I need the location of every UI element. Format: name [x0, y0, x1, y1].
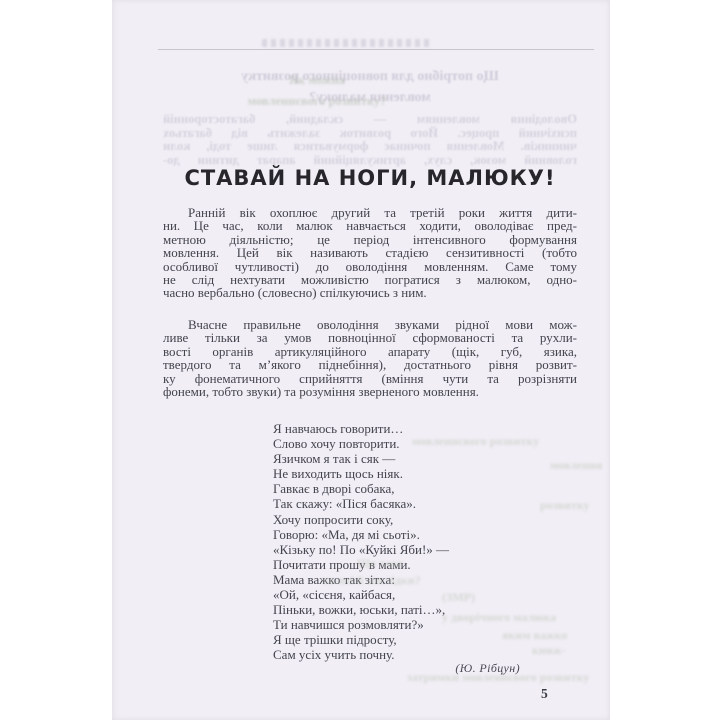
bleedthrough-paragraph: Оволодіння мовленням — складний, багатос…	[163, 113, 577, 167]
poem-line: Піньки, вожки, юськи, паті…»,	[273, 602, 449, 617]
bleedthrough-fragment: книж-	[532, 643, 565, 658]
bleedthrough-line: Як можна	[217, 70, 417, 91]
paragraph-line: ку фонематичного сприйняття (вміння чути…	[163, 372, 577, 385]
poem-line: Так скажу: «Піся басяка».	[273, 496, 449, 511]
paragraph-line: вості органів артикуляційного апарату (щ…	[163, 345, 577, 358]
paragraph-line: фонеми, тобто звуки) та розуміння зверне…	[163, 385, 577, 398]
paragraph-line: Ранній вік охоплює другий та третій роки…	[163, 206, 577, 219]
poem-line: Гавкає в дворі собака,	[273, 481, 449, 496]
page-number: 5	[541, 686, 548, 702]
chapter-title: СТАВАЙ НА НОГИ, МАЛЮКУ!	[163, 166, 577, 190]
bleedthrough-fragment: (ЗМР)	[442, 590, 475, 605]
poem-line: Говорю: «Ма, дя мі сьоті».	[273, 527, 449, 542]
poem-line: Язичком я так і сяк —	[273, 451, 449, 466]
poem-line: Я навчаюсь говорити…	[273, 421, 449, 436]
poem-line: Ти навчишся розмовляти?»	[273, 617, 449, 632]
paragraph-line: твердого та м’якого піднебіння), достатн…	[163, 358, 577, 371]
bleedthrough-fragment: Що таке	[357, 556, 403, 571]
poem-line: «Кізьку по! По «Куйкі Яби!» —	[273, 542, 449, 557]
bleedthrough-fragment: розвитку	[540, 498, 590, 513]
paragraph-line: Вчасне правильне оволодіння звуками рідн…	[163, 318, 577, 331]
bleedthrough-line: чинників. Мовлення починає формуватися л…	[163, 140, 577, 154]
paragraph-line: ни. Це час, коли малюк навчається ходити…	[163, 219, 577, 232]
paragraph-line: часно вербально (словесно) спілкуючись з…	[163, 286, 577, 299]
paragraph-line: мовлення. Цей вік називають стадією сенз…	[163, 246, 577, 259]
bleedthrough-line: Оволодіння мовленням — складний, багатос…	[163, 113, 577, 127]
paragraph-line: особливої чутливості) до оволодіння мовл…	[163, 260, 577, 273]
poem-line: Сам усіх учить почну.	[273, 647, 449, 662]
bleedthrough-fragment: у дворічного малюка	[442, 610, 556, 625]
poem-attribution: (Ю. Рібцун)	[455, 661, 520, 676]
bleedthrough-offset-heading: Як можна мовленнєвого розвитку?	[217, 70, 417, 112]
running-head-bleedthrough	[262, 39, 432, 47]
paragraph-2: Вчасне правильне оволодіння звуками рідн…	[163, 318, 577, 398]
poem-line: Не виходить щось ніяк.	[273, 466, 449, 481]
poem-line: Я ще трішки підросту,	[273, 632, 449, 647]
bleedthrough-fragment: мовлення	[550, 458, 602, 473]
paragraph-line: не слід нехтувати можливістю погратися з…	[163, 273, 577, 286]
poem-line: Слово хочу повторити.	[273, 436, 449, 451]
book-page-scan: Що потрібно для повноцінного розвитку мо…	[112, 0, 610, 720]
bleedthrough-line: мовленнєвого розвитку?	[217, 91, 417, 112]
poem-line: Хочу попросити соку,	[273, 512, 449, 527]
header-rule	[158, 49, 594, 50]
paragraph-line: метною діяльністю; це період інтенсивног…	[163, 233, 577, 246]
bleedthrough-fragment: та які її наслідки?	[322, 573, 421, 588]
bleedthrough-line: психічний процес. Його розвиток залежить…	[163, 127, 577, 141]
poem-line: «Ой, «сісєня, кайбася,	[273, 587, 449, 602]
paragraph-1: Ранній вік охоплює другий та третій роки…	[163, 206, 577, 300]
paragraph-line: ливе тільки за умов повноцінної сформова…	[163, 331, 577, 344]
poem: Я навчаюсь говорити… Слово хочу повторит…	[273, 421, 449, 663]
bleedthrough-fragment: яким важко	[502, 628, 567, 643]
